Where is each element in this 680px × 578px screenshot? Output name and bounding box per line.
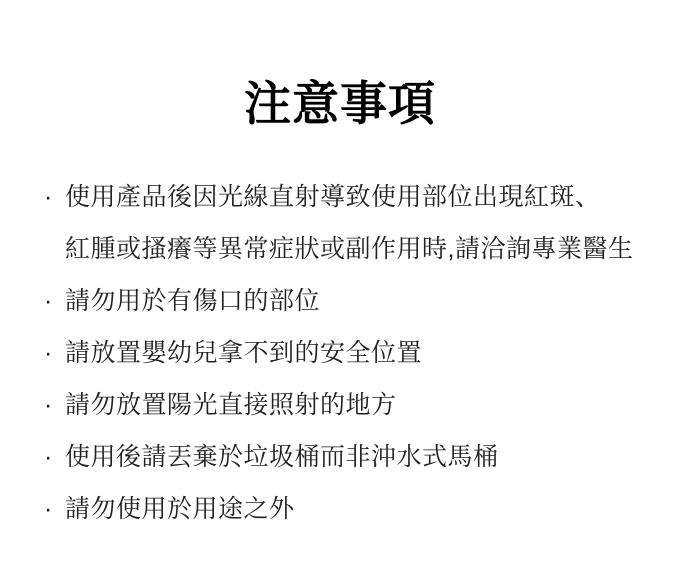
bullet-icon: ·	[44, 483, 65, 535]
bullet-icon: ·	[44, 431, 65, 483]
notice-text: 使用後請丟棄於垃圾桶而非沖水式馬桶	[65, 431, 650, 483]
notice-line: 使用產品後因光線直射導致使用部位出現紅斑、	[65, 171, 650, 223]
page-title: 注意事項	[0, 75, 680, 133]
list-item: · 請放置嬰幼兒拿不到的安全位置	[44, 327, 650, 379]
bullet-icon: ·	[44, 275, 65, 327]
list-item: · 請勿放置陽光直接照射的地方	[44, 379, 650, 431]
notice-line: 紅腫或搔癢等異常症狀或副作用時,請洽詢專業醫生	[65, 223, 650, 275]
notice-line: 請勿用於有傷口的部位	[65, 275, 650, 327]
list-item: · 請勿使用於用途之外	[44, 483, 650, 535]
notice-text: 請勿放置陽光直接照射的地方	[65, 379, 650, 431]
notice-text: 請勿用於有傷口的部位	[65, 275, 650, 327]
notice-text: 請勿使用於用途之外	[65, 483, 650, 535]
notice-list: · 使用產品後因光線直射導致使用部位出現紅斑、 紅腫或搔癢等異常症狀或副作用時,…	[0, 171, 680, 535]
notice-text: 使用產品後因光線直射導致使用部位出現紅斑、 紅腫或搔癢等異常症狀或副作用時,請洽…	[65, 171, 650, 275]
notice-line: 使用後請丟棄於垃圾桶而非沖水式馬桶	[65, 431, 650, 483]
bullet-icon: ·	[44, 379, 65, 431]
notice-text: 請放置嬰幼兒拿不到的安全位置	[65, 327, 650, 379]
list-item: · 使用後請丟棄於垃圾桶而非沖水式馬桶	[44, 431, 650, 483]
list-item: · 請勿用於有傷口的部位	[44, 275, 650, 327]
list-item: · 使用產品後因光線直射導致使用部位出現紅斑、 紅腫或搔癢等異常症狀或副作用時,…	[44, 171, 650, 275]
notice-line: 請放置嬰幼兒拿不到的安全位置	[65, 327, 650, 379]
bullet-icon: ·	[44, 327, 65, 379]
notice-line: 請勿放置陽光直接照射的地方	[65, 379, 650, 431]
notice-line: 請勿使用於用途之外	[65, 483, 650, 535]
notice-page: 注意事項 · 使用產品後因光線直射導致使用部位出現紅斑、 紅腫或搔癢等異常症狀或…	[0, 0, 680, 578]
bullet-icon: ·	[44, 171, 65, 223]
